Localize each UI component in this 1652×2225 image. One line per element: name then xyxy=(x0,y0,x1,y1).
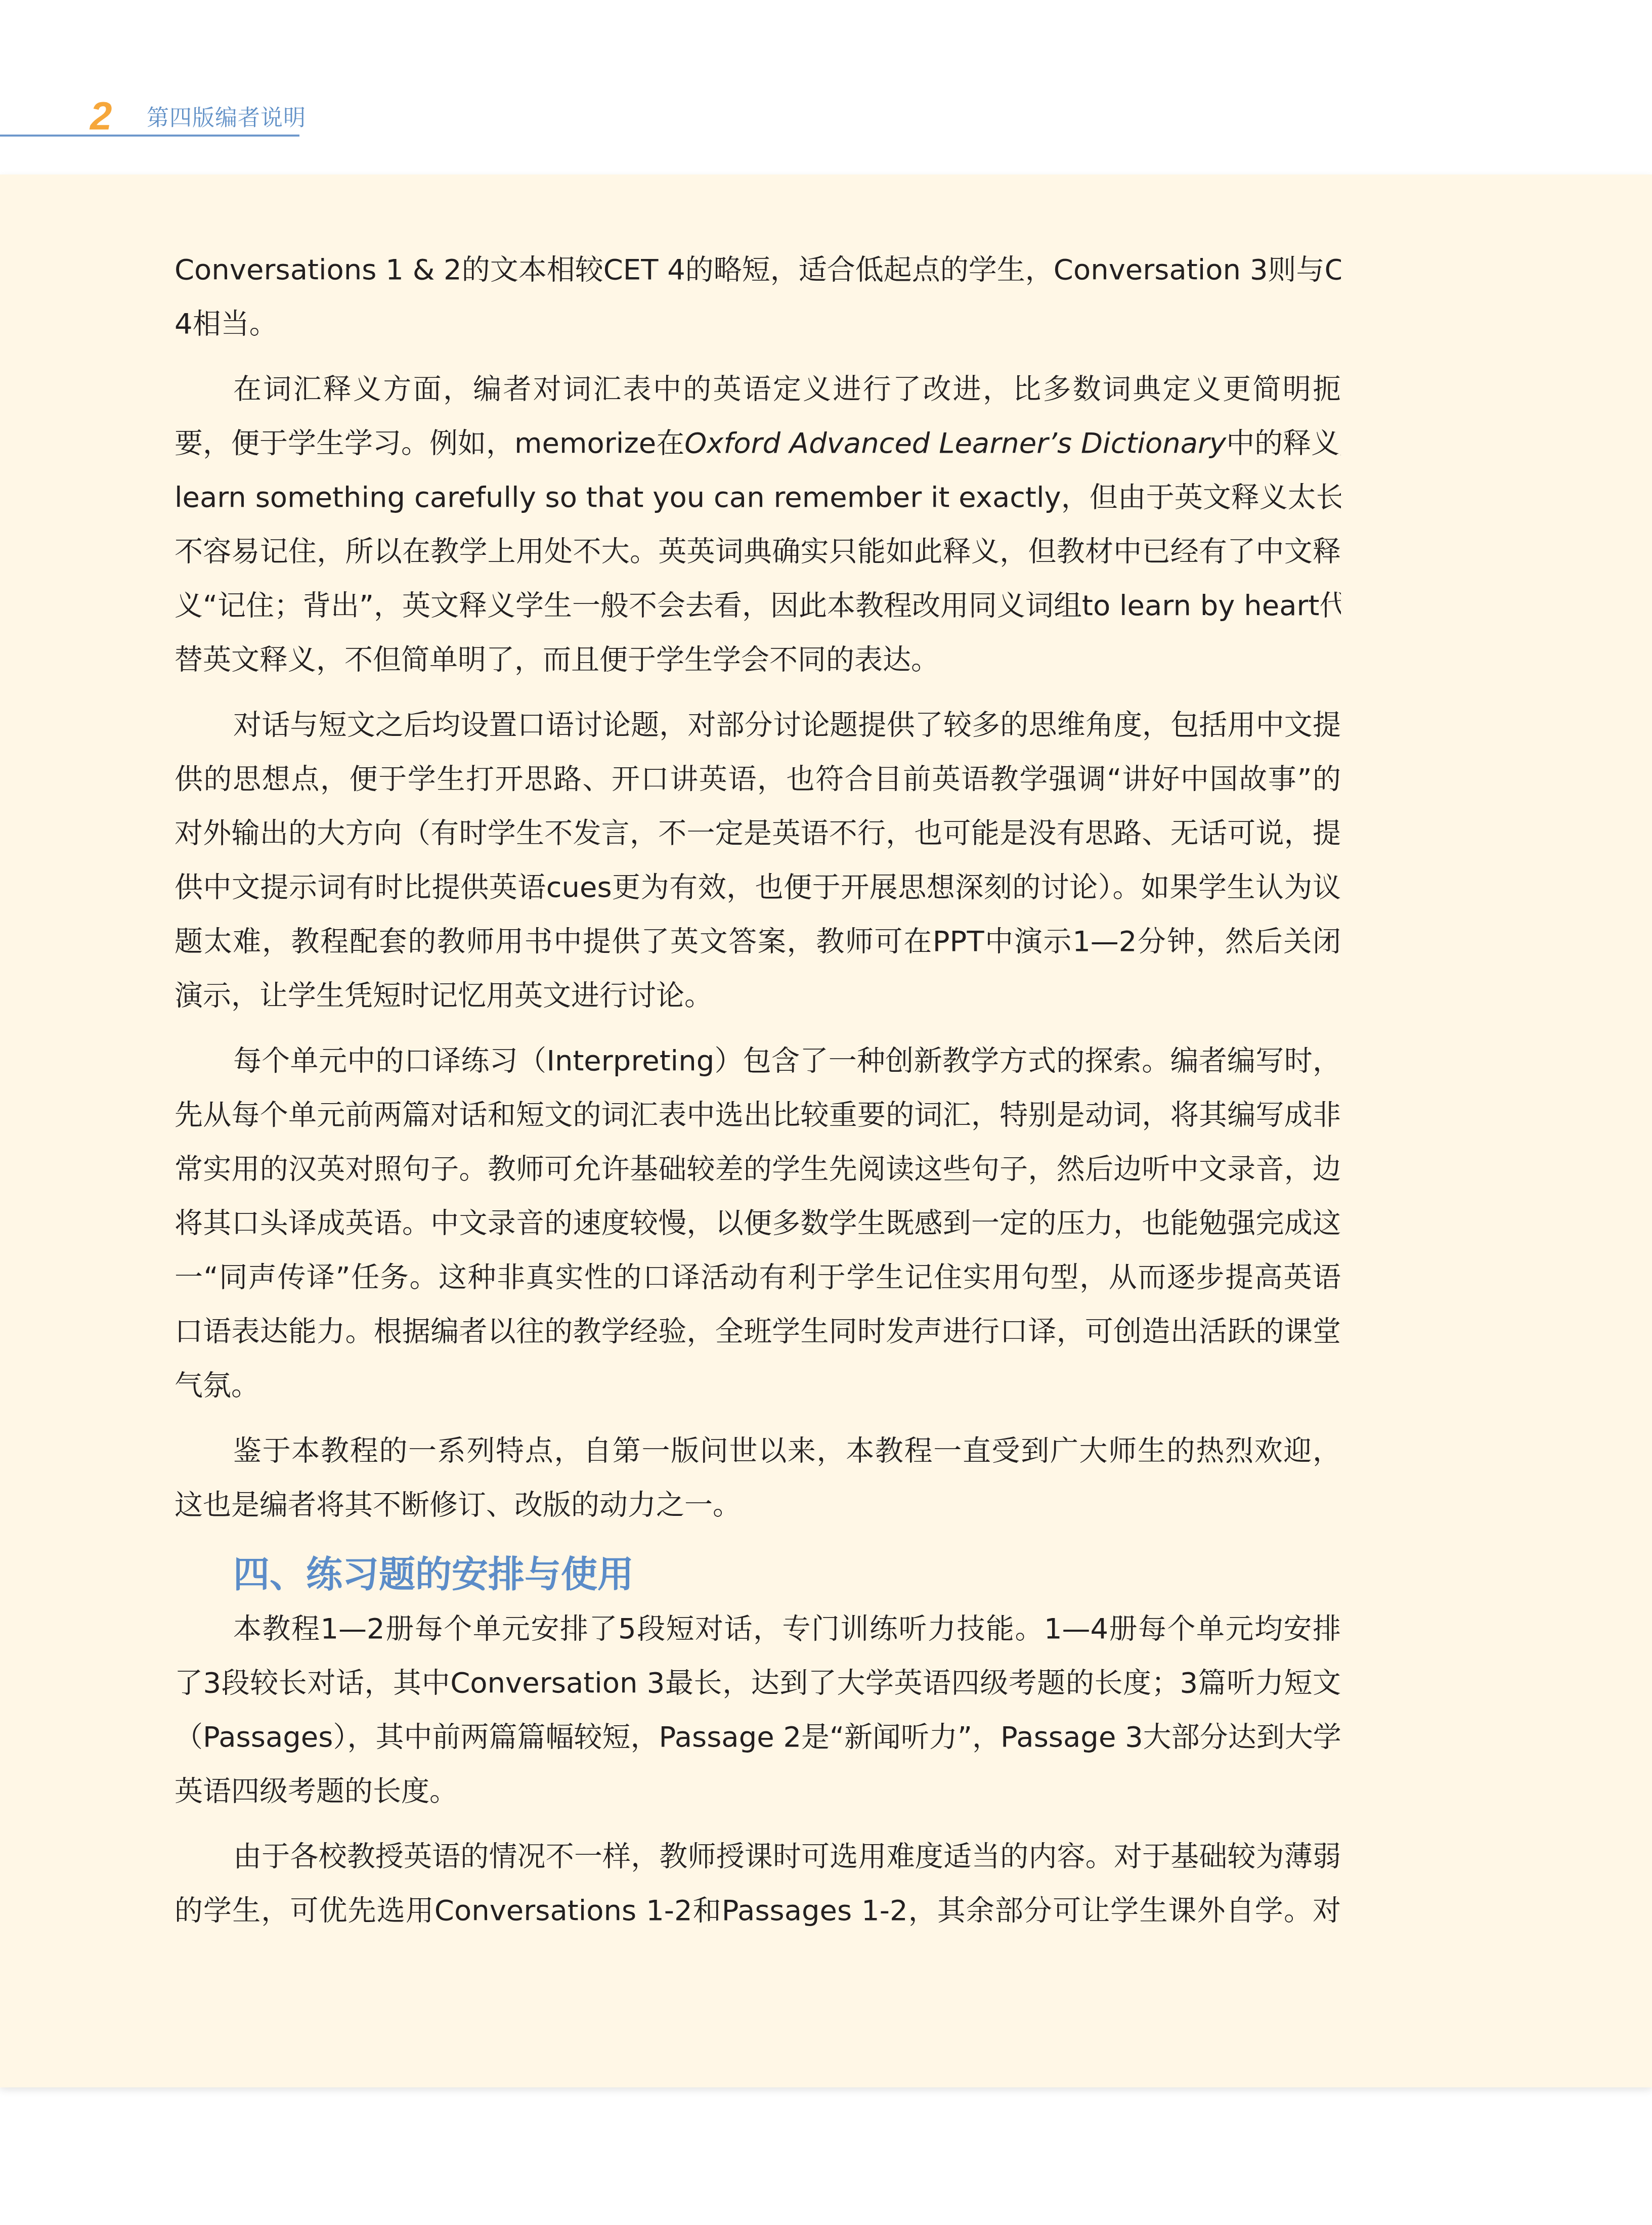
text-line: 义“记住；背出”，英文释义学生一般不会去看，因此本教程改用同义词组to lear… xyxy=(175,579,1341,633)
text-line-with-italic-title: 要，便于学生学习。例如，memorize在Oxford Advanced Lea… xyxy=(175,416,1341,470)
text-line: 替英文释义，不但简单明了，而且便于学生学会不同的表达。 xyxy=(175,633,1341,687)
text-line: 演示，让学生凭短时记忆用英文进行讨论。 xyxy=(175,969,1341,1023)
text-line: （Passages），其中前两篇篇幅较短，Passage 2是“新闻听力”，Pa… xyxy=(175,1710,1341,1764)
text-run: 中的释义是to xyxy=(1226,427,1341,460)
paragraph-7: 由于各校教授英语的情况不一样，教师授课时可选用难度适当的内容。对于基础较为薄弱 … xyxy=(175,1829,1341,1938)
text-line: 这也是编者将其不断修订、改版的动力之一。 xyxy=(175,1478,1341,1532)
text-line: 口语表达能力。根据编者以往的教学经验，全班学生同时发声进行口译，可创造出活跃的课… xyxy=(175,1304,1341,1359)
text-line: 对外输出的大方向（有时学生不发言，不一定是英语不行，也可能是没有思路、无话可说，… xyxy=(175,806,1341,860)
header-divider xyxy=(0,135,299,137)
text-line: 题太难，教程配套的教师用书中提供了英文答案，教师可在PPT中演示1—2分钟，然后… xyxy=(175,914,1341,969)
text-line: 先从每个单元前两篇对话和短文的词汇表中选出比较重要的词汇，特别是动词，将其编写成… xyxy=(175,1088,1341,1142)
paragraph-1: Conversations 1 & 2的文本相较CET 4的略短，适合低起点的学… xyxy=(175,243,1341,351)
text-line: 将其口头译成英语。中文录音的速度较慢，以便多数学生既感到一定的压力，也能勉强完成… xyxy=(175,1196,1341,1250)
text-line: learn something carefully so that you ca… xyxy=(175,470,1341,525)
text-line: 鉴于本教程的一系列特点，自第一版问世以来，本教程一直受到广大师生的热烈欢迎， xyxy=(175,1424,1341,1478)
paragraph-4: 每个单元中的口译练习（Interpreting）包含了一种创新教学方式的探索。编… xyxy=(175,1034,1341,1413)
text-line: 供中文提示词有时比提供英语cues更为有效，也便于开展思想深刻的讨论）。如果学生… xyxy=(175,860,1341,914)
text-line: 4相当。 xyxy=(175,297,1341,351)
section-heading: 四、练习题的安排与使用 xyxy=(175,1546,1341,1602)
paragraph-6: 本教程1—2册每个单元安排了5段短对话，专门训练听力技能。1—4册每个单元均安排… xyxy=(175,1602,1341,1818)
body-text: Conversations 1 & 2的文本相较CET 4的略短，适合低起点的学… xyxy=(175,243,1341,1949)
text-line: 常实用的汉英对照句子。教师可允许基础较差的学生先阅读这些句子，然后边听中文录音，… xyxy=(175,1142,1341,1196)
paragraph-5: 鉴于本教程的一系列特点，自第一版问世以来，本教程一直受到广大师生的热烈欢迎， 这… xyxy=(175,1424,1341,1532)
running-title: 第四版编者说明 xyxy=(147,107,306,129)
text-line: 一“同声传译”任务。这种非真实性的口译活动有利于学生记住实用句型，从而逐步提高英… xyxy=(175,1250,1341,1304)
text-run: 要，便于学生学习。例如，memorize在 xyxy=(175,427,684,460)
text-line: 气氛。 xyxy=(175,1359,1341,1413)
dictionary-title: Oxford Advanced Learner’s Dictionary xyxy=(684,427,1226,460)
text-line: Conversations 1 & 2的文本相较CET 4的略短，适合低起点的学… xyxy=(175,243,1341,297)
text-line: 本教程1—2册每个单元安排了5段短对话，专门训练听力技能。1—4册每个单元均安排 xyxy=(175,1602,1341,1656)
text-line: 供的思想点，便于学生打开思路、开口讲英语，也符合目前英语教学强调“讲好中国故事”… xyxy=(175,752,1341,806)
text-line: 了3段较长对话，其中Conversation 3最长，达到了大学英语四级考题的长… xyxy=(175,1656,1341,1710)
page-header: 2 第四版编者说明 xyxy=(0,0,1652,174)
text-line: 每个单元中的口译练习（Interpreting）包含了一种创新教学方式的探索。编… xyxy=(175,1034,1341,1088)
page-number: 2 xyxy=(90,96,112,136)
text-line: 的学生，可优先选用Conversations 1-2和Passages 1-2，… xyxy=(175,1884,1341,1938)
text-line: 不容易记住，所以在教学上用处不大。英英词典确实只能如此释义，但教材中已经有了中文… xyxy=(175,525,1341,579)
text-line: 英语四级考题的长度。 xyxy=(175,1764,1341,1818)
text-line: 在词汇释义方面，编者对词汇表中的英语定义进行了改进，比多数词典定义更简明扼 xyxy=(175,362,1341,416)
paragraph-3: 对话与短文之后均设置口语讨论题，对部分讨论题提供了较多的思维角度，包括用中文提 … xyxy=(175,698,1341,1023)
text-line: 对话与短文之后均设置口语讨论题，对部分讨论题提供了较多的思维角度，包括用中文提 xyxy=(175,698,1341,752)
paragraph-2: 在词汇释义方面，编者对词汇表中的英语定义进行了改进，比多数词典定义更简明扼 要，… xyxy=(175,362,1341,687)
text-line: 由于各校教授英语的情况不一样，教师授课时可选用难度适当的内容。对于基础较为薄弱 xyxy=(175,1829,1341,1884)
